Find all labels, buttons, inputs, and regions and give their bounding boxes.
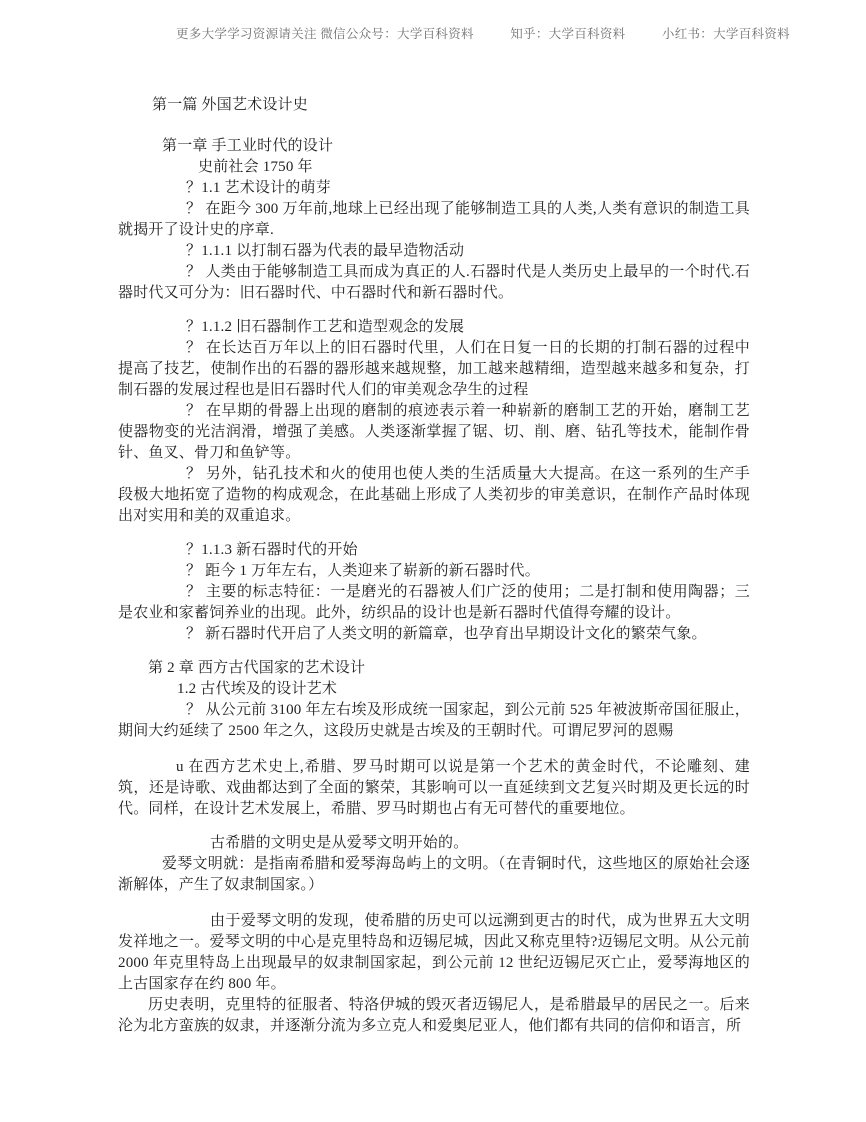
paragraph: ？ 在长达百万年以上的旧石器时代里，人们在日复一日的长期的打制石器的过程中提高了… [118, 338, 750, 401]
paragraph: ？ 人类由于能够制造工具而成为真正的人.石器时代是人类历史上最早的一个时代.石器… [118, 262, 750, 304]
paragraph: 由于爱琴文明的发现，使希腊的历史可以远溯到更古的时代，成为世界五大文明发祥地之一… [118, 911, 750, 995]
paragraph: ？1.1.3 新石器时代的开始 [118, 540, 750, 561]
paragraph: ？ 另外，钻孔技术和火的使用也使人类的生活质量大大提高。在这一系列的生产手段极大… [118, 464, 750, 527]
paragraph: ？ 在距今 300 万年前,地球上已经出现了能够制造工具的人类,人类有意识的制造… [118, 199, 750, 241]
paragraph: u 在西方艺术史上,希腊、罗马时期可以说是第一个艺术的黄金时代，不论雕刻、建筑，… [118, 757, 750, 820]
paragraph: ？ 新石器时代开启了人类文明的新篇章，也孕育出早期设计文化的繁荣气象。 [118, 624, 750, 645]
paragraph: ？ 从公元前 3100 年左右埃及形成统一国家起，到公元前 525 年被波斯帝国… [118, 700, 750, 742]
paragraph: ？ 主要的标志特征：一是磨光的石器被人们广泛的使用；二是打制和使用陶器；三是农业… [118, 582, 750, 624]
paragraph: 第一篇 外国艺术设计史 [118, 95, 750, 116]
paragraph: 史前社会 1750 年 [118, 157, 750, 178]
paragraph: ？1.1 艺术设计的萌芽 [118, 178, 750, 199]
paragraph: 爱琴文明就：是指南希腊和爱琴海岛屿上的文明。（在青铜时代，这些地区的原始社会逐渐… [118, 854, 750, 896]
paragraph: 1.2 古代埃及的设计艺术 [118, 679, 750, 700]
header-promo-text: 更多大学学习资源请关注 微信公众号：大学百科资料 [176, 27, 474, 41]
paragraph: 历史表明，克里特的征服者、特洛伊城的毁灭者迈锡尼人，是希腊最早的居民之一。后来沦… [118, 995, 750, 1037]
paragraph: ？1.1.1 以打制石器为代表的最早造物活动 [118, 241, 750, 262]
paragraph: ？ 在早期的骨器上出现的磨制的痕迹表示着一种崭新的磨制工艺的开始，磨制工艺使器物… [118, 401, 750, 464]
paragraph: 第 2 章 西方古代国家的艺术设计 [118, 658, 750, 679]
document-page: 更多大学学习资源请关注 微信公众号：大学百科资料 知乎：大学百科资料 小红书：大… [0, 0, 866, 1122]
paragraph: ？1.1.2 旧石器制作工艺和造型观念的发展 [118, 317, 750, 338]
paragraph: 第一章 手工业时代的设计 [118, 136, 750, 157]
paragraph: 古希腊的文明史是从爱琴文明开始的。 [118, 833, 750, 854]
header-xiaohongshu-text: 小红书：大学百科资料 [662, 27, 790, 41]
document-content: 第一篇 外国艺术设计史第一章 手工业时代的设计史前社会 1750 年？1.1 艺… [118, 95, 750, 1037]
page-header: 更多大学学习资源请关注 微信公众号：大学百科资料 知乎：大学百科资料 小红书：大… [176, 27, 790, 42]
paragraph: ？ 距今 1 万年左右，人类迎来了崭新的新石器时代。 [118, 561, 750, 582]
header-zhihu-text: 知乎：大学百科资料 [510, 27, 625, 41]
